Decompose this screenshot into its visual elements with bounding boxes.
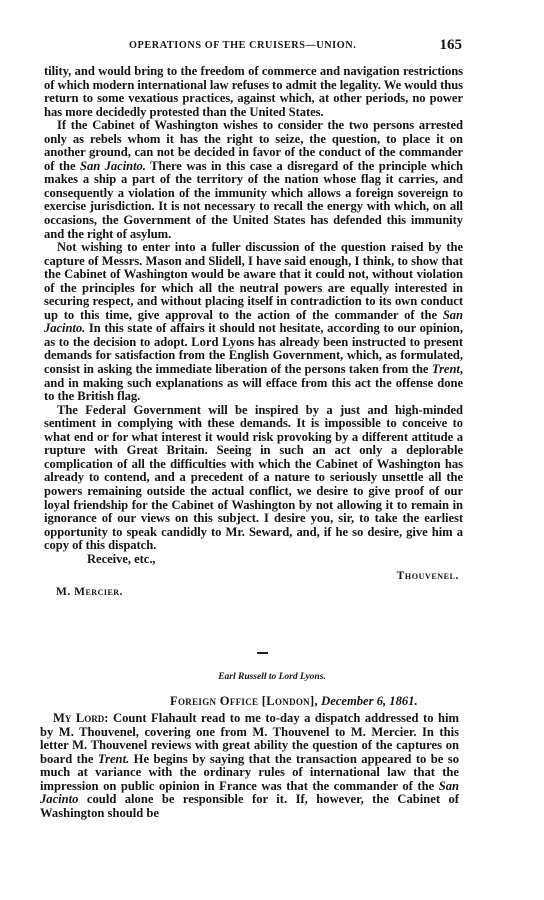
paragraph: Not wishing to enter into a fuller discu… [44,241,463,404]
ship-name: San Jacinto. [80,159,146,173]
paragraph: If the Cabinet of Washington wishes to c… [44,119,463,241]
text-segment: In this state of affairs it should not h… [44,321,463,376]
document-page: OPERATIONS OF THE CRUISERS—UNION. 165 ti… [0,0,544,900]
salutation: My Lord: [53,711,108,725]
closing: Receive, etc., [44,553,463,567]
text-segment: tility, and would bring to the freedom o… [44,64,463,119]
letter-thouvenel-body: tility, and would bring to the freedom o… [44,65,463,594]
ship-name: Trent [432,362,460,376]
section-divider [257,652,268,654]
letter-russell-body: My Lord: Count Flahault read to me to-da… [40,712,459,820]
dateline-date: December 6, 1861. [321,694,418,708]
text-segment: The Federal Government will be inspired … [44,403,463,552]
running-title: OPERATIONS OF THE CRUISERS—UNION. [129,40,356,51]
addressee: M. Mercier. [56,586,123,600]
paragraph: My Lord: Count Flahault read to me to-da… [40,712,459,820]
text-segment: could alone be responsible for it. If, h… [40,792,459,820]
paragraph: The Federal Government will be inspired … [44,404,463,553]
ship-name: Trent. [98,752,129,766]
paragraph: tility, and would bring to the freedom o… [44,65,463,119]
letter-title: Earl Russell to Lord Lyons. [0,672,544,682]
running-head: OPERATIONS OF THE CRUISERS—UNION. 165 [45,40,462,58]
signature: Thouvenel. [397,570,459,584]
page-number: 165 [440,37,463,54]
signature-block: Thouvenel. M. Mercier. [44,566,463,594]
dateline: Foreign Office [London], December 6, 186… [170,694,418,709]
dateline-place: Foreign Office [London], [170,694,318,708]
text-segment: Not wishing to enter into a fuller discu… [44,240,463,322]
